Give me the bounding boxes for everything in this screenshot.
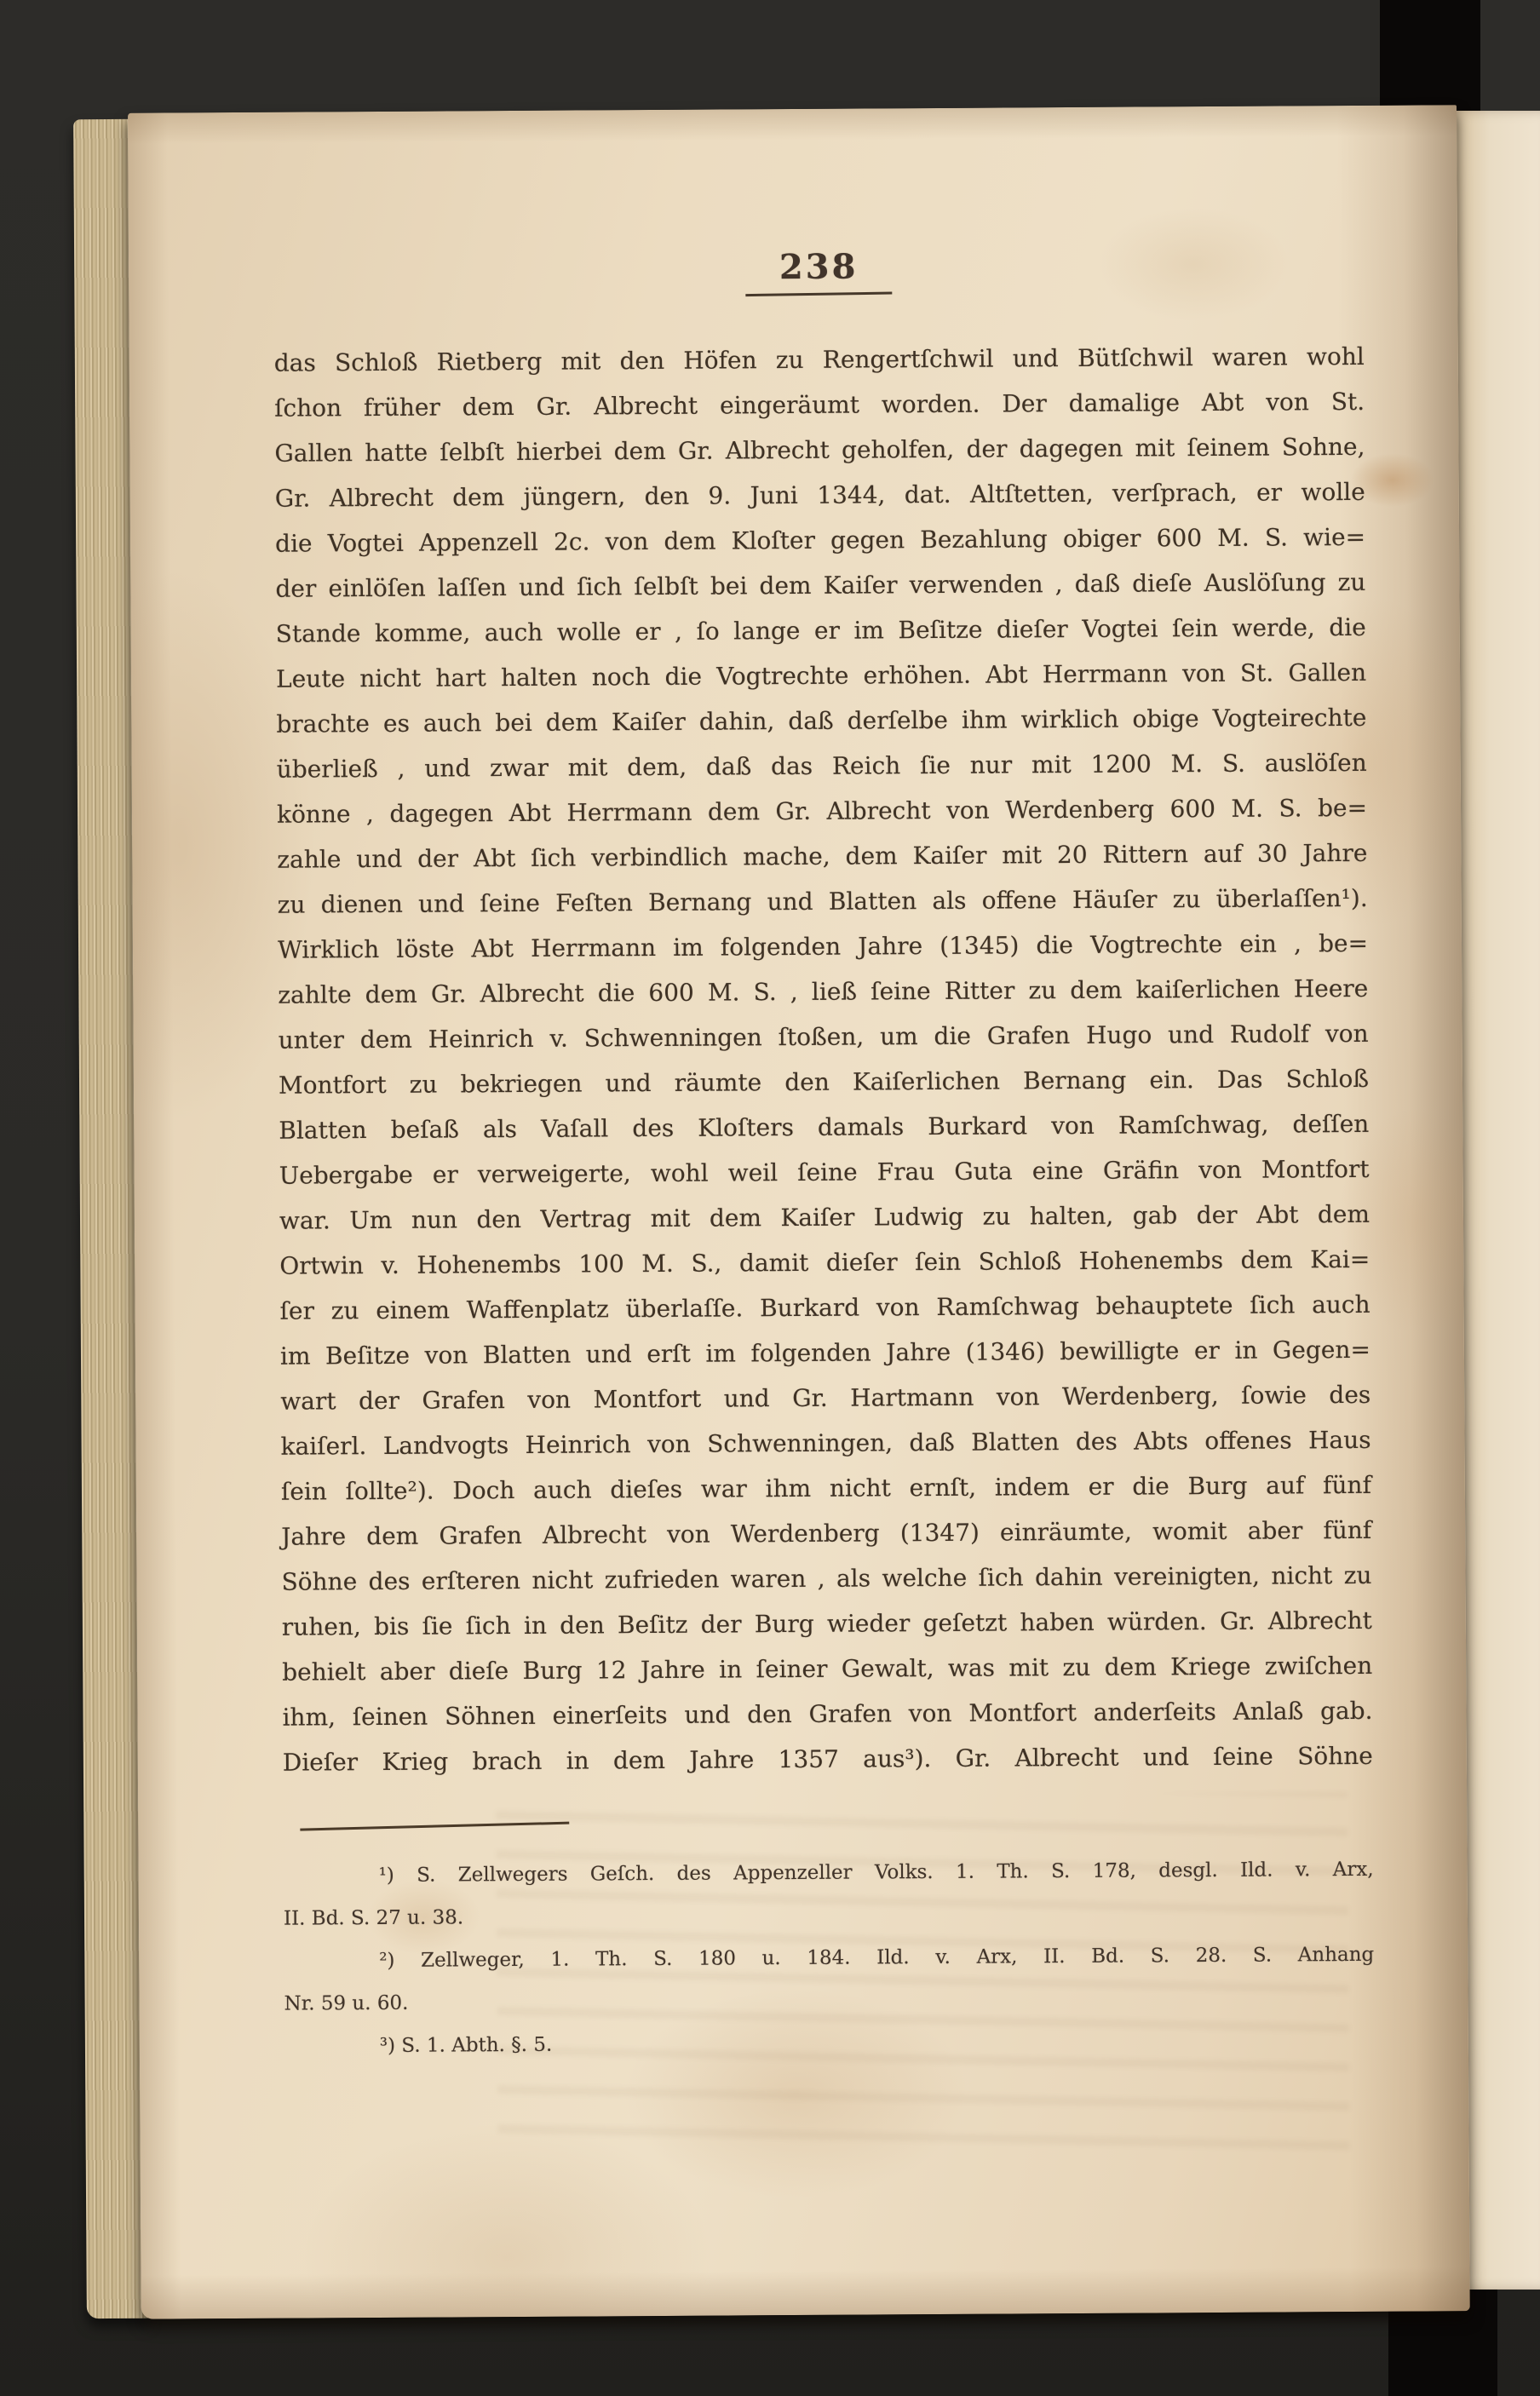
text-line: Uebergabe er verweigerte, wohl weil ſein… (279, 1146, 1369, 1198)
text-line: ſer zu einem Waffenplatz überlaſſe. Burk… (279, 1282, 1370, 1334)
text-line: Ortwin v. Hohenembs 100 M. S., damit die… (279, 1237, 1370, 1289)
text-line: ihm, ſeinen Söhnen einerſeits und den Gr… (282, 1688, 1372, 1740)
footnotes: ¹) S. Zellwegers Geſch. des Appenzeller … (284, 1848, 1376, 2068)
text-line: zahlte dem Gr. Albrecht die 600 M. S. , … (278, 966, 1368, 1018)
text-line: ſein ſollte²). Doch auch dieſes war ihm … (281, 1462, 1371, 1514)
text-line: die Vogtei Appenzell 2c. von dem Kloſter… (275, 514, 1365, 566)
text-line: unter dem Heinrich v. Schwenningen ſtoße… (279, 1011, 1369, 1063)
text-line: Stande komme, auch wolle er , ſo lange e… (276, 605, 1366, 657)
text-line: brachte es auch bei dem Kaiſer dahin, da… (276, 695, 1366, 747)
text-line: ſchon früher dem Gr. Albrecht eingeräumt… (274, 379, 1365, 431)
text-line: behielt aber dieſe Burg 12 Jahre in ſein… (282, 1643, 1372, 1695)
text-line: Jahre dem Grafen Albrecht von Werdenberg… (281, 1508, 1371, 1560)
text-line: Dieſer Krieg brach in dem Jahre 1357 aus… (283, 1733, 1373, 1785)
text-line: Leute nicht hart halten noch die Vogtrec… (276, 650, 1366, 702)
text-line: im Beſitze von Blatten und erſt im folge… (280, 1327, 1370, 1379)
binding-gap-top (1380, 0, 1480, 116)
text-line: zahle und der Abt ſich verbindlich mache… (277, 830, 1367, 882)
footnote-line: ²) Zellweger, 1. Th. S. 180 u. 184. Ild.… (284, 1933, 1374, 1983)
text-line: ruhen, bis ſie ſich in den Beſitz der Bu… (282, 1598, 1372, 1650)
page-number: 238 (273, 245, 1364, 290)
text-line: könne , dagegen Abt Herrmann dem Gr. Alb… (277, 785, 1367, 837)
text-line: Söhne des erſteren nicht zufrieden waren… (281, 1553, 1371, 1605)
text-line: Gr. Albrecht dem jüngern, den 9. Juni 13… (275, 469, 1365, 521)
text-line: zu dienen und ſeine Feſten Bernang und B… (278, 876, 1368, 928)
footnote-line: ¹) S. Zellwegers Geſch. des Appenzeller … (284, 1848, 1374, 1898)
footnote-line: Nr. 59 u. 60. (284, 1976, 1374, 2025)
footnote-line: ³) S. 1. Abth. §. 5. (284, 2019, 1375, 2068)
text-line: Wirklich löste Abt Herrmann im folgenden… (278, 921, 1368, 973)
page-header: 238 (273, 245, 1364, 299)
text-line: wart der Grafen von Montfort und Gr. Har… (280, 1372, 1370, 1424)
text-line: Gallen hatte ſelbſt hierbei dem Gr. Albr… (274, 424, 1365, 476)
text-line: der einlöſen laſſen und ſich ſelbſt bei … (275, 560, 1365, 612)
text-line: war. Um nun den Vertrag mit dem Kaiſer L… (279, 1192, 1370, 1244)
body-text: das Schloß Rietberg mit den Höfen zu Ren… (274, 334, 1373, 1785)
text-line: das Schloß Rietberg mit den Höfen zu Ren… (274, 334, 1365, 386)
text-line: kaiſerl. Landvogts Heinrich von Schwenni… (280, 1417, 1370, 1469)
footnote-line: II. Bd. S. 27 u. 38. (284, 1891, 1374, 1940)
book-page: 238 das Schloß Rietberg mit den Höfen zu… (128, 105, 1470, 2318)
text-line: Montfort zu bekriegen und räumte den Kai… (279, 1056, 1369, 1108)
text-line: Blatten beſaß als Vaſall des Kloſters da… (279, 1101, 1369, 1153)
text-line: überließ , und zwar mit dem, daß das Rei… (277, 740, 1367, 792)
page-number-rule (745, 292, 892, 297)
book-scan: 238 das Schloß Rietberg mit den Höfen zu… (0, 0, 1540, 2396)
